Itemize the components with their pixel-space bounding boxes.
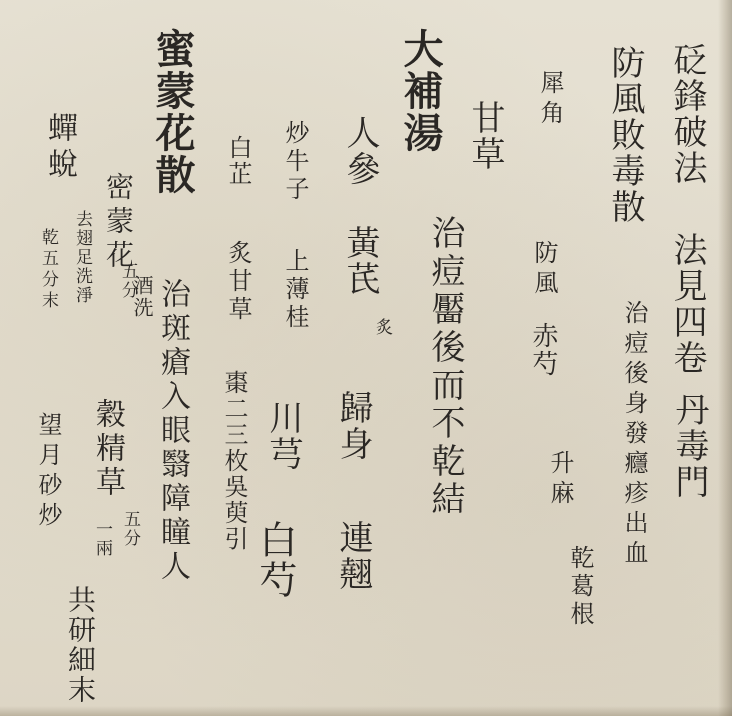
ingredient-chantui-dose: 乾五分末 bbox=[39, 228, 56, 312]
ingredient-gujingcao: 穀精草 bbox=[92, 398, 122, 500]
ingredient-wangyuesha: 望月砂炒 bbox=[36, 412, 60, 532]
page-edge-bottom bbox=[0, 706, 732, 716]
column-5-title: 大補湯 bbox=[400, 28, 440, 154]
column-2-title: 防風敗毒散 bbox=[608, 45, 642, 225]
page-edge-right bbox=[718, 0, 732, 716]
ingredient-chuanxiong: 川芎 bbox=[266, 400, 300, 472]
ingredient-gancao: 甘草 bbox=[468, 100, 502, 172]
ingredient-zhigancao: 炙甘草 bbox=[226, 240, 250, 324]
ingredient-shengma: 升麻 bbox=[548, 450, 572, 510]
ingredient-baizhi: 白芷 bbox=[226, 135, 250, 187]
column-2-note: 治痘後身發癮疹出血 bbox=[622, 300, 646, 570]
ingredient-chantui: 蟬蛻 bbox=[44, 112, 74, 184]
ingredient-renshen: 人參 bbox=[343, 115, 377, 187]
ingredient-baishao: 白芍 bbox=[256, 520, 294, 600]
ingredient-wangyuesha-dose: 一兩 bbox=[93, 520, 110, 558]
manuscript-page: 砭鋒破法 法見四卷 丹毒門 防風敗毒散 治痘後身發癮疹出血 犀角 防風 赤芍 升… bbox=[0, 0, 732, 716]
preparation-instruction: 共研細末 bbox=[66, 585, 94, 705]
ingredient-mimenghua-prep: 酒洗 bbox=[132, 275, 152, 319]
ingredient-chantui-prep: 去翅足洗淨 bbox=[73, 210, 90, 305]
column-1-title: 砭鋒破法 bbox=[670, 42, 704, 186]
ingredient-fangfeng: 防風 bbox=[532, 240, 556, 300]
ingredient-huangqi-note: 炙 bbox=[373, 318, 390, 337]
ingredient-lianqiao: 連翹 bbox=[336, 520, 370, 592]
column-9-title: 蜜蒙花散 bbox=[152, 28, 192, 196]
ingredient-gegen: 乾葛根 bbox=[568, 545, 592, 629]
ingredient-chishao: 赤芍 bbox=[530, 322, 556, 378]
ingredient-bogui: 上薄桂 bbox=[283, 248, 307, 332]
ingredient-huangqi: 黃芪 bbox=[343, 225, 377, 297]
column-5-note: 治痘靨後而不乾結 bbox=[428, 215, 462, 519]
column-1-section: 丹毒門 bbox=[672, 392, 706, 500]
column-1-note: 法見四卷 bbox=[670, 232, 704, 376]
ingredient-guishen: 歸身 bbox=[336, 390, 370, 462]
ingredient-dates-wuyu: 棗二三枚吳萸引 bbox=[222, 370, 246, 552]
ingredient-mimenghua: 密蒙花 bbox=[104, 172, 132, 274]
ingredient-gujingcao-dose: 五分 bbox=[121, 510, 138, 548]
column-9-note: 治斑瘡入眼翳障瞳人 bbox=[157, 278, 187, 584]
ingredient-niuzi: 炒牛子 bbox=[283, 120, 307, 204]
ingredient-xijiao: 犀角 bbox=[538, 70, 562, 130]
